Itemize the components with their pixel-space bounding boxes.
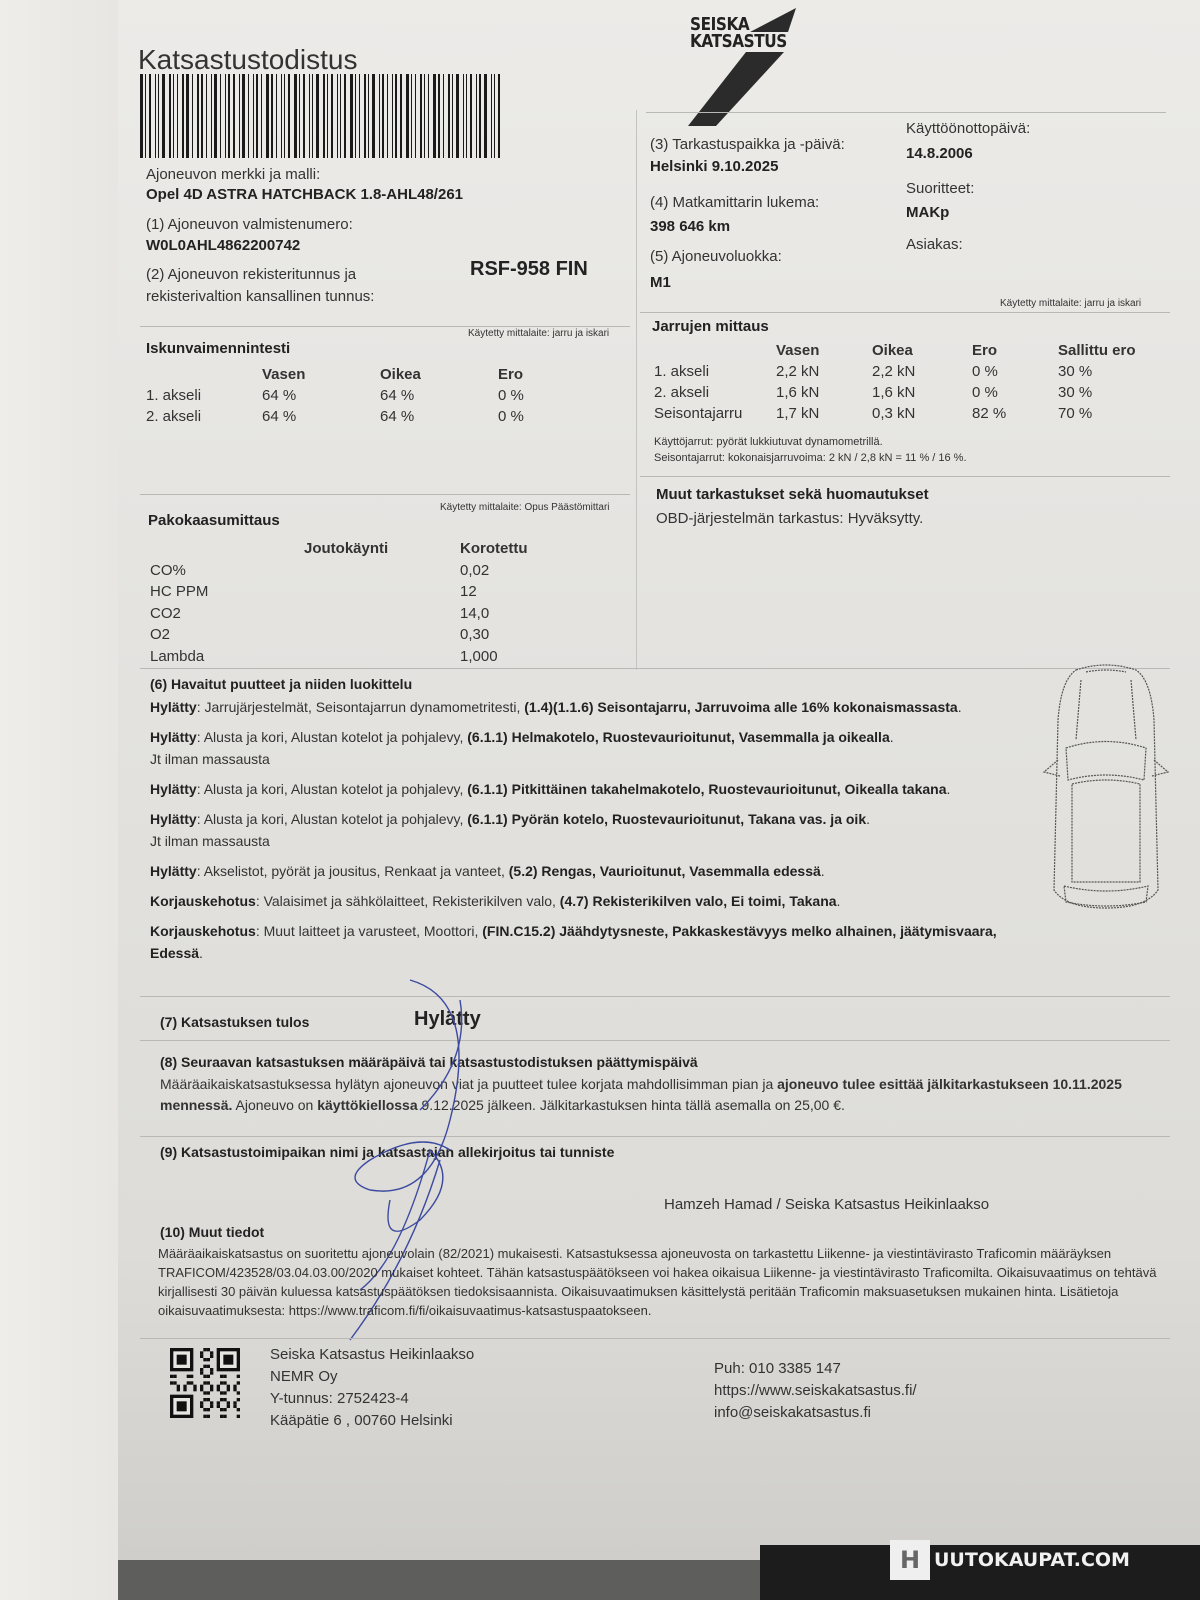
table-cell: 0,3 kN: [872, 403, 972, 424]
make-model-value: Opel 4D ASTRA HATCHBACK 1.8-AHL48/261: [146, 186, 463, 203]
table-cell: CO%: [150, 560, 304, 582]
defect-category: : Akselistot, pyörät ja jousitus, Renkaa…: [197, 863, 509, 879]
table-cell: O2: [150, 624, 304, 646]
table-cell: [304, 560, 460, 582]
brake-test-device: Käytetty mittalaite: jarru ja iskari: [1000, 298, 1141, 309]
business-id: Y-tunnus: 2752423-4: [270, 1388, 474, 1410]
defect-item: Hylätty: Jarrujärjestelmät, Seisontajarr…: [150, 696, 1010, 718]
table-cell: 30 %: [1058, 382, 1168, 403]
column-header: Oikea: [380, 364, 498, 385]
column-header: Joutokäynti: [304, 538, 460, 560]
reg-label-2: rekisterivaltion kansallinen tunnus:: [146, 288, 374, 305]
result-label: (7) Katsastuksen tulos: [160, 1014, 309, 1030]
table-cell: 12: [460, 581, 560, 603]
divider: [140, 1040, 1170, 1041]
vehicle-class-label: (5) Ajoneuvoluokka:: [650, 248, 782, 265]
table-row: 1. akseli64 %64 %0 %: [146, 385, 578, 406]
defect-category: : Alusta ja kori, Alustan kotelot ja poh…: [197, 781, 468, 797]
defect-status: Korjauskehotus: [150, 923, 256, 939]
brake-note-service: Käyttöjarrut: pyörät lukkiutuvat dynamom…: [654, 436, 883, 448]
table-cell: HC PPM: [150, 581, 304, 603]
defect-category: : Valaisimet ja sähkölaitteet, Rekisteri…: [256, 893, 560, 909]
table-cell: [304, 603, 460, 625]
table-cell: Seisontajarru: [654, 403, 776, 424]
defect-description: (1.4)(1.1.6) Seisontajarru, Jarruvoima a…: [524, 699, 957, 715]
table-cell: [304, 646, 460, 668]
table-cell: 0,30: [460, 624, 560, 646]
shock-test-title: Iskunvaimennintesti: [146, 340, 290, 357]
company-info: Seiska Katsastus Heikinlaakso NEMR Oy Y-…: [270, 1344, 474, 1432]
table-row: HC PPM12: [150, 581, 560, 603]
shock-test-device: Käytetty mittalaite: jarru ja iskari: [468, 328, 609, 339]
other-info-title: (10) Muut tiedot: [160, 1224, 264, 1240]
divider: [640, 312, 1170, 313]
divider: [646, 112, 1166, 113]
defect-category: : Muut laitteet ja varusteet, Moottori,: [256, 923, 482, 939]
column-header: Korotettu: [460, 538, 560, 560]
defect-category: : Alusta ja kori, Alustan kotelot ja poh…: [197, 729, 468, 745]
table-cell: [304, 624, 460, 646]
column-header: Ero: [498, 364, 578, 385]
divider: [140, 1136, 1170, 1137]
defect-category: : Alusta ja kori, Alustan kotelot ja poh…: [197, 811, 468, 827]
defect-status: Hylätty: [150, 729, 197, 745]
emission-test-device: Käytetty mittalaite: Opus Päästömittari: [440, 502, 610, 513]
performed-label: Suoritteet:: [906, 180, 974, 197]
table-row: CO214,0: [150, 603, 560, 625]
make-model-label: Ajoneuvon merkki ja malli:: [146, 166, 320, 183]
table-cell: 1. akseli: [654, 361, 776, 382]
defect-note: Jt ilman massausta: [150, 748, 1010, 770]
defect-description: (6.1.1) Pitkittäinen takahelmakotelo, Ru…: [467, 781, 946, 797]
column-header: Oikea: [872, 340, 972, 361]
table-cell: 14,0: [460, 603, 560, 625]
defect-item: Hylätty: Alusta ja kori, Alustan kotelot…: [150, 808, 1010, 852]
defects-list: Hylätty: Jarrujärjestelmät, Seisontajarr…: [150, 696, 1010, 972]
brake-test-table: VasenOikeaEroSallittu ero1. akseli2,2 kN…: [654, 340, 1168, 424]
obd-check-result: OBD-järjestelmän tarkastus: Hyväksytty.: [656, 510, 923, 527]
defect-status: Hylätty: [150, 863, 197, 879]
watermark-text: UUTOKAUPAT.COM: [934, 1549, 1130, 1571]
other-info-text: Määräaikaiskatsastus on suoritettu ajone…: [158, 1244, 1158, 1320]
table-cell: 64 %: [380, 406, 498, 427]
phone: Puh: 010 3385 147: [714, 1358, 917, 1380]
table-row: CO%0,02: [150, 560, 560, 582]
vin-label: (1) Ajoneuvon valmistenumero:: [146, 216, 353, 233]
table-cell: CO2: [150, 603, 304, 625]
table-cell: 30 %: [1058, 361, 1168, 382]
vin-value: W0L0AHL4862200742: [146, 237, 300, 254]
legal-name: NEMR Oy: [270, 1366, 474, 1388]
emission-test-table: JoutokäyntiKorotettuCO%0,02HC PPM12CO214…: [150, 538, 560, 667]
table-cell: 70 %: [1058, 403, 1168, 424]
table-cell: 0,02: [460, 560, 560, 582]
divider: [140, 326, 630, 327]
defect-item: Korjauskehotus: Muut laitteet ja varuste…: [150, 920, 1010, 964]
performed-value: MAKp: [906, 204, 949, 221]
brake-note-parking: Seisontajarrut: kokonaisjarruvoima: 2 kN…: [654, 452, 967, 464]
column-header: Ero: [972, 340, 1058, 361]
divider: [140, 996, 1170, 997]
table-cell: 2,2 kN: [872, 361, 972, 382]
reg-label-1: (2) Ajoneuvon rekisteritunnus ja: [146, 266, 356, 283]
table-cell: 1,6 kN: [872, 382, 972, 403]
next-inspection-text: Määräaikaiskatsastuksessa hylätyn ajoneu…: [160, 1074, 1140, 1116]
registration-value: RSF-958 FIN: [470, 258, 588, 281]
defect-status: Hylätty: [150, 699, 197, 715]
defect-note: Jt ilman massausta: [150, 830, 1010, 852]
defect-description: (4.7) Rekisterikilven valo, Ei toimi, Ta…: [560, 893, 837, 909]
defects-title: (6) Havaitut puutteet ja niiden luokitte…: [150, 676, 412, 692]
address: Kääpätie 6 , 00760 Helsinki: [270, 1410, 474, 1432]
defect-description: (6.1.1) Helmakotelo, Ruostevaurioitunut,…: [467, 729, 889, 745]
table-cell: 82 %: [972, 403, 1058, 424]
logo-text: SEISKA KATSASTUS: [690, 16, 787, 50]
watermark-box-icon: H: [890, 1540, 930, 1580]
table-cell: 0 %: [498, 406, 578, 427]
column-header: Sallittu ero: [1058, 340, 1168, 361]
table-cell: [304, 581, 460, 603]
first-use-label: Käyttöönottopäivä:: [906, 120, 1030, 137]
table-cell: 0 %: [972, 361, 1058, 382]
odometer-value: 398 646 km: [650, 218, 730, 235]
document-title: Katsastustodistus: [138, 44, 357, 76]
shock-test-table: VasenOikeaEro1. akseli64 %64 %0 %2. akse…: [146, 364, 578, 427]
column-header: [146, 364, 262, 385]
defect-item: Hylätty: Alusta ja kori, Alustan kotelot…: [150, 726, 1010, 770]
brake-test-title: Jarrujen mittaus: [652, 318, 769, 335]
car-diagram: [1036, 660, 1176, 915]
customer-label: Asiakas:: [906, 236, 963, 253]
defect-description: (5.2) Rengas, Vaurioitunut, Vasemmalla e…: [509, 863, 821, 879]
table-cell: 1,000: [460, 646, 560, 668]
other-checks-title: Muut tarkastukset sekä huomautukset: [656, 486, 929, 503]
defect-status: Hylätty: [150, 781, 197, 797]
divider: [640, 476, 1170, 477]
seiska-katsastus-logo: SEISKA KATSASTUS: [688, 4, 808, 124]
table-cell: 64 %: [262, 385, 380, 406]
paper-edge: [0, 0, 118, 1600]
column-header: Vasen: [262, 364, 380, 385]
table-row: Lambda1,000: [150, 646, 560, 668]
table-cell: 0 %: [498, 385, 578, 406]
table-cell: 0 %: [972, 382, 1058, 403]
defect-item: Hylätty: Akselistot, pyörät ja jousitus,…: [150, 860, 1010, 882]
vehicle-class-value: M1: [650, 274, 671, 291]
table-row: O20,30: [150, 624, 560, 646]
column-header: [150, 538, 304, 560]
table-row: 2. akseli1,6 kN1,6 kN0 %30 %: [654, 382, 1168, 403]
huutokaupat-watermark: H UUTOKAUPAT.COM: [890, 1540, 1130, 1580]
table-cell: 1. akseli: [146, 385, 262, 406]
column-header: [654, 340, 776, 361]
divider: [140, 668, 1170, 669]
table-row: Seisontajarru1,7 kN0,3 kN82 %70 %: [654, 403, 1168, 424]
table-cell: 1,7 kN: [776, 403, 872, 424]
defect-status: Korjauskehotus: [150, 893, 256, 909]
place-date-label: (3) Tarkastuspaikka ja -päivä:: [650, 136, 845, 153]
defect-description: (6.1.1) Pyörän kotelo, Ruostevaurioitunu…: [467, 811, 866, 827]
defect-category: : Jarrujärjestelmät, Seisontajarrun dyna…: [197, 699, 525, 715]
table-cell: 64 %: [262, 406, 380, 427]
table-cell: Lambda: [150, 646, 304, 668]
company-name: Seiska Katsastus Heikinlaakso: [270, 1344, 474, 1366]
website-link[interactable]: https://www.seiskakatsastus.fi/: [714, 1380, 917, 1402]
table-row: 1. akseli2,2 kN2,2 kN0 %30 %: [654, 361, 1168, 382]
table-cell: 1,6 kN: [776, 382, 872, 403]
email-link[interactable]: info@seiskakatsastus.fi: [714, 1402, 917, 1424]
odometer-label: (4) Matkamittarin lukema:: [650, 194, 819, 211]
table-row: 2. akseli64 %64 %0 %: [146, 406, 578, 427]
defect-item: Hylätty: Alusta ja kori, Alustan kotelot…: [150, 778, 1010, 800]
contact-info: Puh: 010 3385 147 https://www.seiskakats…: [714, 1358, 917, 1424]
table-cell: 2,2 kN: [776, 361, 872, 382]
place-date-value: Helsinki 9.10.2025: [650, 158, 778, 175]
first-use-value: 14.8.2006: [906, 145, 973, 162]
qr-code-icon: [168, 1348, 242, 1418]
emission-test-title: Pakokaasumittaus: [148, 512, 280, 529]
divider: [140, 1338, 1170, 1339]
column-header: Vasen: [776, 340, 872, 361]
defect-status: Hylätty: [150, 811, 197, 827]
inspector-name: Hamzeh Hamad / Seiska Katsastus Heikinla…: [664, 1196, 989, 1213]
table-cell: 2. akseli: [654, 382, 776, 403]
column-divider: [636, 110, 637, 670]
defect-item: Korjauskehotus: Valaisimet ja sähkölaitt…: [150, 890, 1010, 912]
car-top-view-icon: [1036, 660, 1176, 910]
table-cell: 2. akseli: [146, 406, 262, 427]
barcode: [140, 74, 580, 158]
table-cell: 64 %: [380, 385, 498, 406]
divider: [140, 494, 630, 495]
